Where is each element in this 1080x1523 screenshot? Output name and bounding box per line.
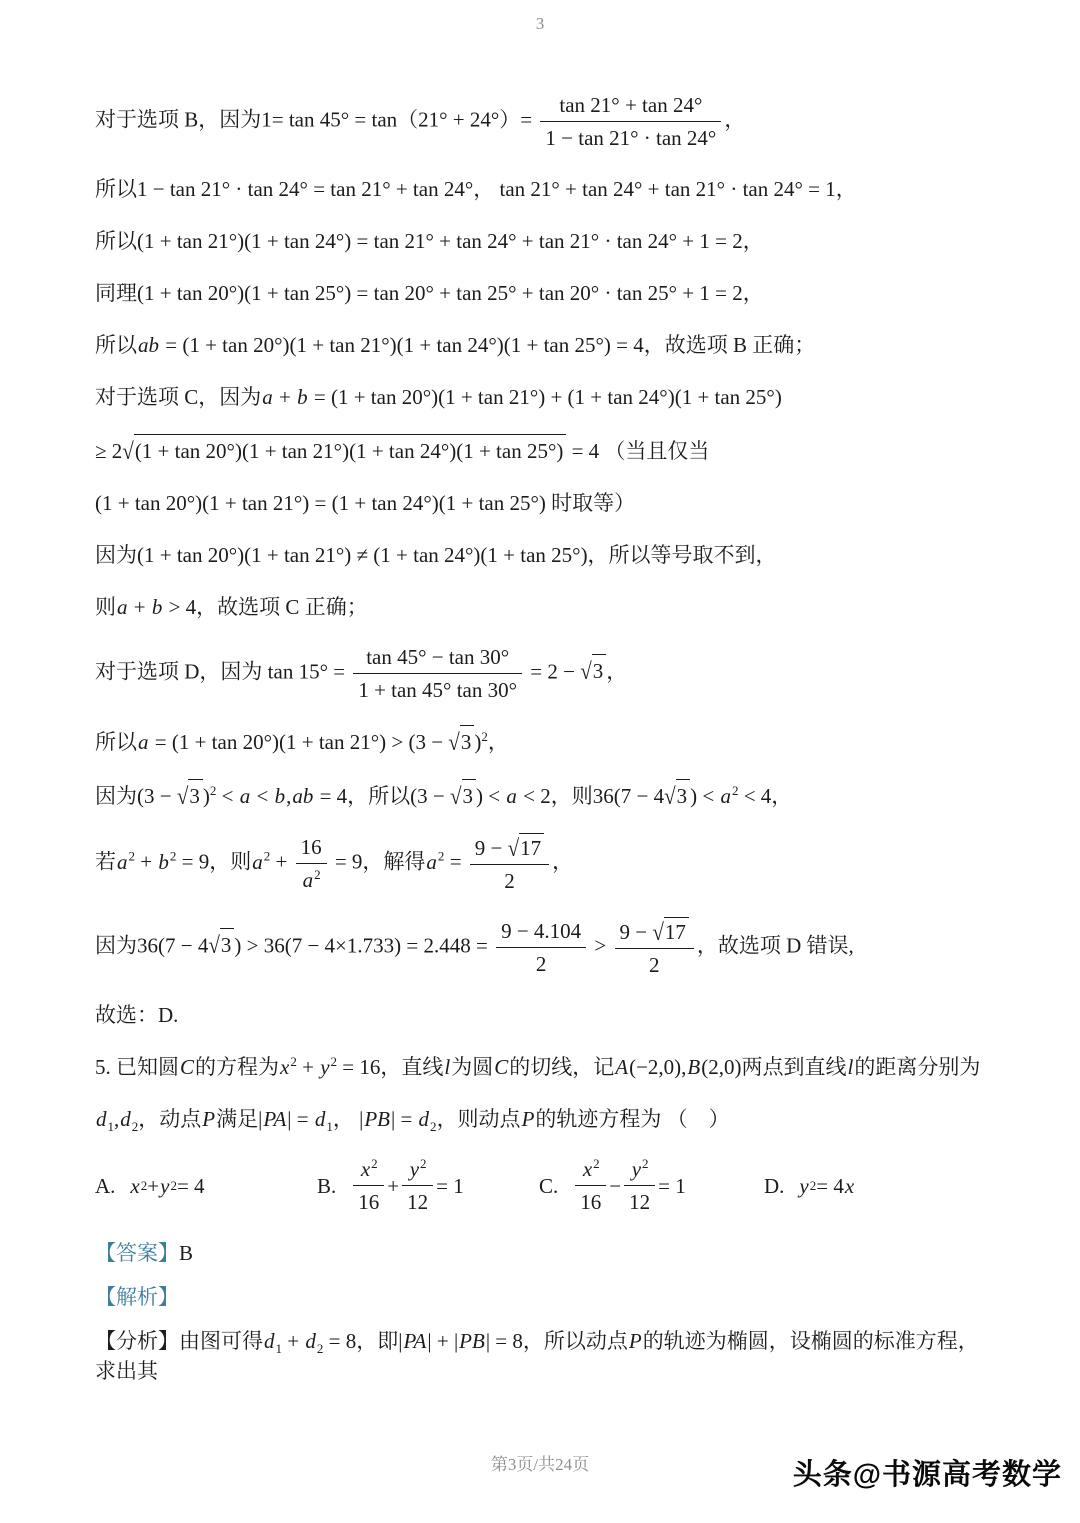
math-variable: a — [116, 595, 129, 619]
text-segment: ，则动点 — [437, 1107, 521, 1131]
math-variable: b — [151, 595, 164, 619]
sol-b-line-5: 所以ab = (1 + tan 20°)(1 + tan 21°)(1 + ta… — [95, 330, 995, 360]
page-number-top: 3 — [0, 14, 1080, 34]
radicand: 3 — [592, 654, 607, 686]
text-segment: (1 + tan 20°)(1 + tan 21°)(1 + tan 24°)(… — [135, 439, 564, 463]
fraction-numerator: 9 − √17 — [470, 833, 549, 865]
text-segment: 满足| — [216, 1107, 262, 1131]
text-segment: 的方程为 — [195, 1055, 279, 1079]
text-segment: < 2，则36(7 − 4 — [518, 784, 664, 808]
text-segment: ) < — [476, 784, 505, 808]
square-root: √17 — [508, 833, 545, 861]
text-segment: 1 − tan 21° · tan 24° — [545, 126, 716, 150]
conclusion-line: 故选：D. — [95, 1000, 995, 1030]
math-variable: C — [179, 1055, 195, 1079]
text-segment: 因为(1 + tan 20°)(1 + tan 21°) ≠ (1 + tan … — [95, 543, 777, 567]
fraction: tan 45° − tan 30°1 + tan 45° tan 30° — [353, 644, 522, 704]
question-5-line-1: 5. 已知圆C的方程为x2 + y2 = 16，直线l为圆C的切线，记A(−2,… — [95, 1052, 995, 1082]
radical-sign: √ — [652, 917, 664, 946]
text-segment: 9 − 4.104 — [501, 919, 581, 943]
math-variable: y — [631, 1157, 642, 1181]
text-segment: 为圆 — [451, 1055, 493, 1079]
sol-b-line-2: 所以1 − tan 21° · tan 24° = tan 21° + tan … — [95, 174, 995, 204]
math-variable: P — [201, 1107, 216, 1131]
text-segment: (2,0)两点到直线 — [701, 1055, 846, 1079]
text-segment: 所以1 − tan 21° · tan 24° = tan 21° + tan … — [95, 177, 857, 201]
text-segment: = 9，解得 — [330, 850, 426, 874]
math-variable: PB — [363, 1107, 391, 1131]
radicand: 3 — [676, 779, 691, 811]
text-segment: = 4 （当且仅当 — [566, 439, 709, 463]
math-variable: a — [719, 784, 732, 808]
text-segment: 9 − — [620, 920, 653, 944]
superscript: 2 — [642, 1156, 649, 1171]
options-row: A.x2 + y2 = 4B.x216+y212= 1C.x216−y212= … — [95, 1156, 995, 1216]
text-segment: + — [387, 1171, 399, 1201]
sol-c-line-3: (1 + tan 20°)(1 + tan 21°) = (1 + tan 24… — [95, 488, 995, 518]
math-variable: x — [279, 1055, 290, 1079]
text-segment: 2 — [649, 953, 660, 977]
text-segment: − — [609, 1171, 621, 1201]
text-segment: ， — [488, 730, 509, 754]
text-segment: = (1 + tan 20°)(1 + tan 21°) > (3 − — [150, 730, 449, 754]
radical-sign: √ — [177, 779, 189, 813]
text-segment: ， | — [333, 1107, 363, 1131]
text-segment: 1 + tan 45° tan 30° — [358, 678, 517, 702]
text-segment: + — [274, 385, 296, 409]
text-segment: 2 — [504, 869, 515, 893]
text-segment: = — [444, 850, 466, 874]
option-a-label: A. — [95, 1171, 115, 1201]
text-segment: ) > 36(7 − 4×1.733) = 2.448 = — [234, 933, 493, 957]
text-segment: = 4，所以(3 − — [314, 784, 450, 808]
math-variable: x — [360, 1157, 371, 1181]
text-segment: = 16，直线 — [337, 1055, 443, 1079]
math-variable: B — [686, 1055, 701, 1079]
solution-lines: 对于选项 B，因为1= tan 45° = tan（21° + 24°）= ta… — [95, 92, 995, 1408]
text-segment: 16 — [358, 1190, 379, 1214]
text-segment: ， — [724, 108, 745, 132]
math-variable: ab — [291, 784, 314, 808]
radical-sign: √ — [580, 654, 592, 688]
fraction: y212 — [624, 1156, 655, 1216]
math-variable: d — [314, 1107, 327, 1131]
math-variable: a — [137, 730, 150, 754]
text-segment: 的轨迹方程为 （ ） — [535, 1107, 729, 1131]
text-segment: 的距离分别为 — [854, 1055, 980, 1079]
text-segment: = (1 + tan 20°)(1 + tan 21°) + (1 + tan … — [309, 385, 782, 409]
fraction: 9 − √172 — [615, 917, 694, 979]
math-variable: P — [628, 1329, 643, 1353]
fraction-numerator: 9 − 4.104 — [496, 918, 586, 948]
option-b-label: B. — [317, 1171, 336, 1201]
math-variable: PA — [262, 1107, 287, 1131]
fraction-denominator: 2 — [496, 948, 586, 977]
square-root: √17 — [652, 917, 689, 945]
math-variable: PA — [402, 1329, 427, 1353]
math-variable: a — [425, 850, 438, 874]
fraction-denominator: 16 — [575, 1186, 606, 1215]
radical-sign: √ — [664, 779, 676, 813]
fraction-denominator: 12 — [402, 1186, 433, 1215]
text-segment: | = — [391, 1107, 418, 1131]
fraction-numerator: x2 — [575, 1156, 606, 1186]
sol-d-line-3: 因为(3 − √3)2 < a < b,ab = 4，所以(3 − √3) < … — [95, 779, 995, 811]
text-segment: 9 − — [475, 836, 508, 860]
fraction-numerator: x2 — [353, 1156, 384, 1186]
option-d: D.y2 = 4x — [764, 1171, 855, 1201]
text-segment: B — [179, 1241, 193, 1265]
math-variable: y — [159, 1171, 170, 1201]
text-segment: 16 — [301, 835, 322, 859]
text-segment: 12 — [629, 1190, 650, 1214]
square-root: √3 — [450, 779, 476, 811]
text-segment: 对于选项 D，因为 tan 15° = — [95, 659, 350, 683]
math-variable: a — [239, 784, 252, 808]
text-segment: ) < — [690, 784, 719, 808]
text-segment: 因为(3 − — [95, 784, 177, 808]
radical-sign: √ — [208, 928, 220, 962]
radicand: 3 — [462, 779, 477, 811]
text-segment: 因为36(7 − 4 — [95, 933, 208, 957]
text-segment: | + | — [427, 1329, 458, 1353]
math-variable: P — [521, 1107, 536, 1131]
text-segment: 对于选项 C，因为 — [95, 385, 261, 409]
text-segment: ， — [606, 659, 627, 683]
fraction-denominator: 1 + tan 45° tan 30° — [353, 674, 522, 703]
text-segment: 16 — [580, 1190, 601, 1214]
math-variable: b — [157, 850, 170, 874]
sol-c-line-5: 则a + b > 4，故选项 C 正确； — [95, 592, 995, 622]
fraction-denominator: 16 — [353, 1186, 384, 1215]
text-segment: > 4，故选项 C 正确； — [163, 595, 367, 619]
superscript: 2 — [314, 867, 321, 882]
math-variable: b — [296, 385, 309, 409]
fraction-numerator: 16 — [296, 834, 327, 864]
math-variable: PB — [458, 1329, 486, 1353]
math-variable: a — [116, 850, 129, 874]
math-variable: y — [798, 1171, 809, 1201]
superscript: 2 — [420, 1156, 427, 1171]
fraction-denominator: 2 — [615, 949, 694, 978]
sol-c-line-2: ≥ 2√(1 + tan 20°)(1 + tan 21°)(1 + tan 2… — [95, 434, 995, 466]
math-variable: C — [493, 1055, 509, 1079]
text-segment: + — [270, 850, 292, 874]
math-variable: a — [261, 385, 274, 409]
fraction-numerator: y2 — [402, 1156, 433, 1186]
text-segment: = 4 — [816, 1171, 844, 1201]
sol-c-line-1: 对于选项 C，因为a + b = (1 + tan 20°)(1 + tan 2… — [95, 382, 995, 412]
sol-b-line-3: 所以(1 + tan 21°)(1 + tan 24°) = tan 21° +… — [95, 226, 995, 256]
text-segment: 故选：D. — [95, 1003, 178, 1027]
square-root: √3 — [580, 654, 606, 686]
math-variable: d — [304, 1329, 317, 1353]
math-variable: x — [844, 1171, 855, 1201]
text-segment: (−2,0), — [629, 1055, 686, 1079]
math-variable: a — [251, 850, 264, 874]
radicand: 17 — [519, 833, 544, 861]
text-segment: = 9，则 — [176, 850, 251, 874]
text-segment: tan 21° + tan 24° — [559, 93, 702, 117]
text-segment: 3 — [463, 784, 474, 808]
math-variable: ab — [137, 333, 160, 357]
fraction-numerator: tan 45° − tan 30° — [353, 644, 522, 674]
text-segment: ≥ 2 — [95, 439, 122, 463]
text-segment: + — [282, 1329, 304, 1353]
radical-sign: √ — [508, 833, 520, 862]
fraction: tan 21° + tan 24°1 − tan 21° · tan 24° — [540, 92, 721, 152]
radicand: 3 — [188, 779, 203, 811]
square-root: √3 — [177, 779, 203, 811]
jiexi-line: 【解析】 — [95, 1282, 995, 1312]
text-segment: = 4 — [177, 1171, 205, 1201]
text-segment: = 2 − — [525, 659, 580, 683]
math-variable: y — [319, 1055, 330, 1079]
sol-c-line-4: 因为(1 + tan 20°)(1 + tan 21°) ≠ (1 + tan … — [95, 540, 995, 570]
text-segment: + — [297, 1055, 319, 1079]
sol-d-line-4: 若a2 + b2 = 9，则a2 + 16a2 = 9，解得a2 = 9 − √… — [95, 833, 995, 895]
text-segment: = 1 — [658, 1171, 686, 1201]
fraction-numerator: 9 − √17 — [615, 917, 694, 949]
text-segment: ，动点 — [138, 1107, 201, 1131]
text-segment: 【分析】由图可得 — [95, 1329, 263, 1353]
math-variable: x — [582, 1157, 593, 1181]
text-segment: 同理(1 + tan 20°)(1 + tan 25°) = tan 20° +… — [95, 281, 764, 305]
text-segment: 5. 已知圆 — [95, 1055, 179, 1079]
fraction: y212 — [402, 1156, 433, 1216]
fraction: 16a2 — [296, 834, 327, 894]
radical-sign: √ — [448, 725, 460, 759]
text-segment: 12 — [407, 1190, 428, 1214]
text-segment: 的切线，记 — [509, 1055, 614, 1079]
sol-d-line-5: 因为36(7 − 4√3) > 36(7 − 4×1.733) = 2.448 … — [95, 917, 995, 979]
math-variable: d — [263, 1329, 276, 1353]
radicand: (1 + tan 20°)(1 + tan 21°)(1 + tan 24°)(… — [134, 434, 567, 466]
text-segment: < 4， — [738, 784, 792, 808]
text-segment: + — [129, 595, 151, 619]
fraction-denominator: a2 — [296, 864, 327, 893]
square-root: √3 — [664, 779, 690, 811]
radical-sign: √ — [122, 434, 134, 468]
math-variable: y — [409, 1157, 420, 1181]
text-segment: < — [216, 784, 238, 808]
question-5-line-2: d1,d2，动点P满足|PA| = d1， |PB| = d2，则动点P的轨迹方… — [95, 1104, 995, 1134]
fraction-numerator: y2 — [624, 1156, 655, 1186]
radicand: 3 — [460, 725, 475, 757]
fraction-denominator: 1 − tan 21° · tan 24° — [540, 122, 721, 151]
text-segment: = 8，即| — [323, 1329, 402, 1353]
analysis-line: 【分析】由图可得d1 + d2 = 8，即|PA| + |PB| = 8，所以动… — [95, 1326, 995, 1386]
text-segment: 3 — [189, 784, 200, 808]
fraction-numerator: tan 21° + tan 24° — [540, 92, 721, 122]
text-segment: 3 — [593, 659, 604, 683]
option-c: C.x216−y212= 1 — [539, 1156, 764, 1216]
text-segment: 对于选项 B，因为1= tan 45° = tan（21° + 24°）= — [95, 108, 537, 132]
fraction-denominator: 2 — [470, 865, 549, 894]
text-segment: ，故选项 D 错误, — [697, 933, 854, 957]
text-segment: 17 — [665, 920, 686, 944]
text-segment: + — [147, 1171, 159, 1201]
radicand: 3 — [220, 928, 235, 960]
text-segment: (1 + tan 20°)(1 + tan 21°) = (1 + tan 24… — [95, 491, 635, 515]
fraction: x216 — [353, 1156, 384, 1216]
text-segment: 所以 — [95, 730, 137, 754]
text-segment: 3 — [461, 730, 472, 754]
option-d-label: D. — [764, 1171, 784, 1201]
square-root: √3 — [448, 725, 474, 757]
math-variable: a — [302, 868, 315, 892]
text-segment: ， — [552, 850, 573, 874]
math-variable: b — [274, 784, 287, 808]
document-page: { "colors": { "accent": "#3d7d9c", "text… — [0, 0, 1080, 1523]
sol-d-line-1: 对于选项 D，因为 tan 15° = tan 45° − tan 30°1 +… — [95, 644, 995, 704]
superscript: 2 — [593, 1156, 600, 1171]
text-segment: = 1 — [436, 1171, 464, 1201]
text-segment: ) — [203, 784, 210, 808]
fraction: x216 — [575, 1156, 606, 1216]
accent-label: 【解析】 — [95, 1285, 179, 1309]
fraction: 9 − √172 — [470, 833, 549, 895]
math-variable: d — [119, 1107, 132, 1131]
option-a: A.x2 + y2 = 4 — [95, 1171, 317, 1201]
text-segment: < — [251, 784, 273, 808]
text-segment: 则 — [95, 595, 116, 619]
text-segment: 若 — [95, 850, 116, 874]
superscript: 2 — [371, 1156, 378, 1171]
sol-b-line-1: 对于选项 B，因为1= tan 45° = tan（21° + 24°）= ta… — [95, 92, 995, 152]
text-segment: tan 45° − tan 30° — [366, 645, 509, 669]
text-segment: 3 — [677, 784, 688, 808]
text-segment: | = 8，所以动点 — [486, 1329, 628, 1353]
text-segment: = (1 + tan 20°)(1 + tan 21°)(1 + tan 24°… — [160, 333, 815, 357]
text-segment: 所以(1 + tan 21°)(1 + tan 24°) = tan 21° +… — [95, 229, 764, 253]
option-b: B.x216+y212= 1 — [317, 1156, 539, 1216]
radicand: 17 — [664, 917, 689, 945]
math-variable: A — [614, 1055, 629, 1079]
text-segment: 2 — [536, 952, 547, 976]
text-segment: 所以 — [95, 333, 137, 357]
option-c-label: C. — [539, 1171, 558, 1201]
square-root: √(1 + tan 20°)(1 + tan 21°)(1 + tan 24°)… — [122, 434, 566, 466]
math-variable: a — [505, 784, 518, 808]
accent-label: 【答案】 — [95, 1241, 179, 1265]
fraction-denominator: 12 — [624, 1186, 655, 1215]
text-segment: + — [135, 850, 157, 874]
fraction: 9 − 4.1042 — [496, 918, 586, 978]
text-segment: > — [589, 933, 611, 957]
sol-b-line-4: 同理(1 + tan 20°)(1 + tan 25°) = tan 20° +… — [95, 278, 995, 308]
math-variable: d — [95, 1107, 108, 1131]
watermark: 头条@书源高考数学 — [793, 1452, 1062, 1493]
answer-line: 【答案】B — [95, 1238, 995, 1268]
square-root: √3 — [208, 928, 234, 960]
text-segment: | = — [287, 1107, 314, 1131]
sol-d-line-2: 所以a = (1 + tan 20°)(1 + tan 21°) > (3 − … — [95, 725, 995, 757]
math-variable: d — [418, 1107, 431, 1131]
text-segment: 17 — [520, 836, 541, 860]
math-variable: x — [129, 1171, 140, 1201]
radical-sign: √ — [450, 779, 462, 813]
text-segment: 3 — [221, 933, 232, 957]
